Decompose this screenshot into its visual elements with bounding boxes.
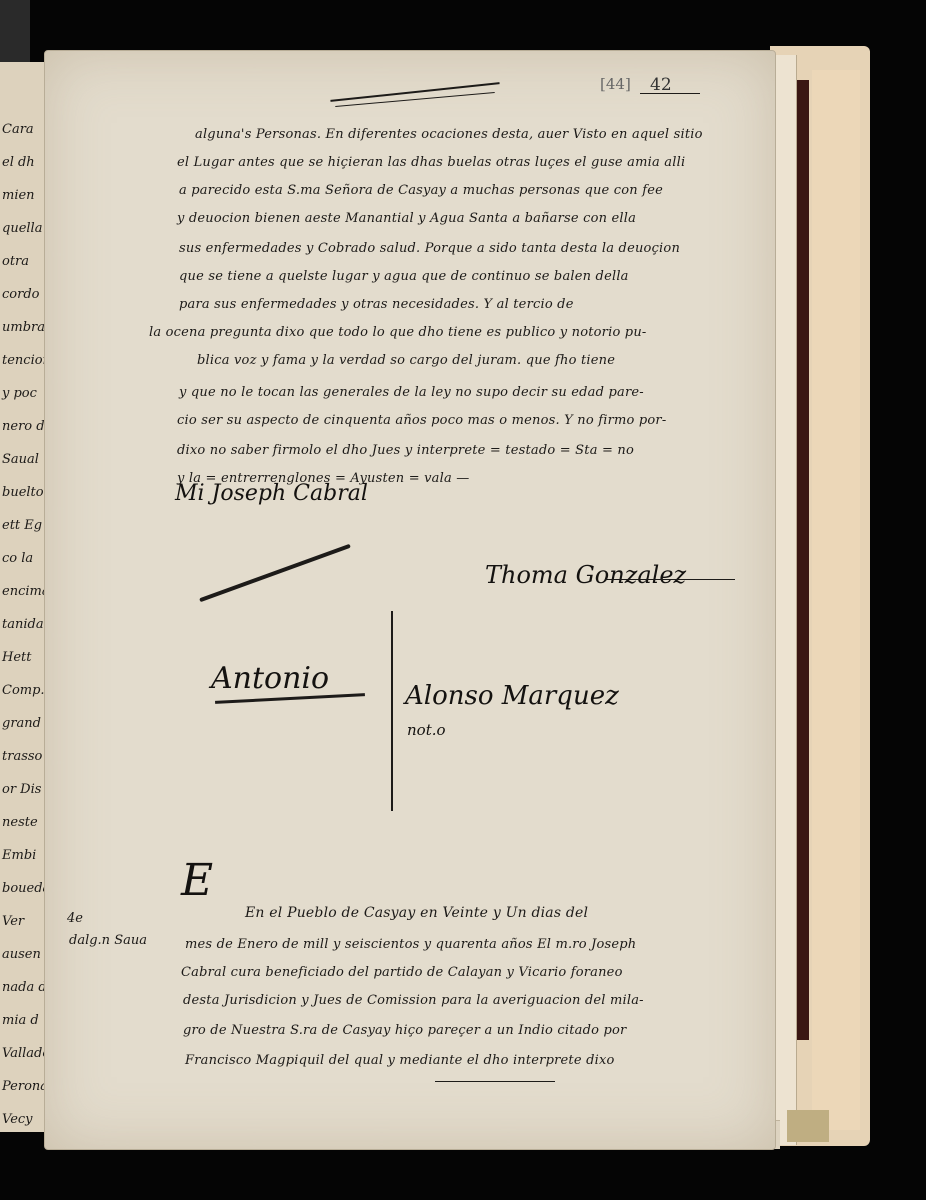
text-line: para sus enfermedades y otras necesidade…	[179, 297, 574, 312]
text-line: blica voz y fama y la verdad so cargo de…	[197, 353, 615, 368]
signature-joseph-cabral: Mi Joseph Cabral	[175, 481, 368, 506]
text-line: el Lugar antes que se hiçieran las dhas …	[177, 155, 685, 170]
left-page-fragment: trasso	[2, 749, 42, 764]
signature-underline	[605, 579, 735, 580]
left-page-fragment: nero d	[2, 419, 45, 434]
binding-block	[787, 1110, 829, 1142]
margin-note-1: 4e	[67, 911, 83, 926]
entry-line: desta Jurisdicion y Jues de Comission pa…	[183, 993, 644, 1008]
folio-number: 42	[650, 75, 672, 95]
folio-bracketed: [44]	[600, 75, 631, 93]
text-line: cio ser su aspecto de cinquenta años poc…	[177, 413, 666, 428]
text-line: alguna's Personas. En diferentes ocacion…	[195, 127, 703, 142]
left-page-fragment: umbra	[2, 320, 45, 335]
text-line: y deuocion bienen aeste Manantial y Agua…	[177, 211, 636, 226]
left-page-fragment: ett Eg	[2, 518, 42, 533]
manuscript-page: [44] 42 alguna's Personas. En diferentes…	[44, 50, 776, 1150]
notary-abbrev: not.o	[407, 721, 446, 739]
header-flourish-2	[335, 92, 494, 107]
signature-antonio: Antonio	[211, 661, 329, 696]
binding-shadow	[0, 0, 30, 62]
ink-stroke	[199, 544, 351, 602]
left-page-fragment: Embi	[2, 848, 36, 863]
left-page-fragment: Comp.	[2, 683, 45, 698]
text-line: que se tiene a quelste lugar y agua que …	[179, 269, 629, 284]
closing-underline	[435, 1081, 555, 1082]
entry-line: mes de Enero de mill y seiscientos y qua…	[185, 937, 636, 952]
left-page-fragment: ausen	[2, 947, 41, 962]
text-line: sus enfermedades y Cobrado salud. Porque…	[179, 241, 680, 256]
entry-line: Francisco Magpiquil del qual y mediante …	[185, 1053, 615, 1068]
entry-line: En el Pueblo de Casyay en Veinte y Un di…	[245, 905, 588, 921]
folio-underline	[640, 93, 700, 94]
page-stack-middle	[812, 70, 860, 1130]
page-stack-stain	[795, 80, 809, 1040]
left-page-fragment: neste	[2, 815, 38, 830]
entry-line: Cabral cura beneficiado del partido de C…	[181, 965, 623, 980]
left-page-fragment: nada d	[2, 980, 47, 995]
left-page-fragment: Vecy	[2, 1112, 33, 1127]
left-page-fragment: cordo	[2, 287, 39, 302]
left-page-fragment: Saual	[2, 452, 39, 467]
left-page-fragment: grand	[2, 716, 41, 731]
left-page-fragment: or Dis	[2, 782, 41, 797]
left-page-fragment: quella	[2, 221, 42, 236]
left-page-fragment: encima	[2, 584, 50, 599]
entry-line: gro de Nuestra S.ra de Casyay hiço pareç…	[183, 1023, 626, 1038]
vertical-divider	[391, 611, 393, 811]
signature-thoma-gonzalez: Thoma Gonzalez	[485, 561, 686, 589]
left-page-fragment: Cara	[2, 122, 34, 137]
margin-note-2: dalg.n Saua	[69, 933, 147, 948]
initial-capital-E: E	[181, 859, 213, 903]
left-page-fragment: tanida	[2, 617, 44, 632]
text-line: a parecido esta S.ma Señora de Casyay a …	[179, 183, 663, 198]
left-page-fragment: el dh	[2, 155, 35, 170]
left-page-fragment: y poc	[2, 386, 37, 401]
signature-alonso-marquez: Alonso Marquez	[405, 681, 619, 711]
left-page-fragment: Hett	[2, 650, 31, 665]
left-page-fragment: buelto	[2, 485, 44, 500]
left-page-fragment: mien	[2, 188, 35, 203]
left-page-fragment: Ver	[2, 914, 24, 929]
text-line: dixo no saber firmolo el dho Jues y inte…	[177, 443, 634, 458]
text-line: y que no le tocan las generales de la le…	[179, 385, 644, 400]
left-page-fragment: otra	[2, 254, 29, 269]
text-line: la ocena pregunta dixo que todo lo que d…	[149, 325, 647, 340]
left-page-fragment: co la	[2, 551, 33, 566]
left-page-fragment: mia d	[2, 1013, 39, 1028]
